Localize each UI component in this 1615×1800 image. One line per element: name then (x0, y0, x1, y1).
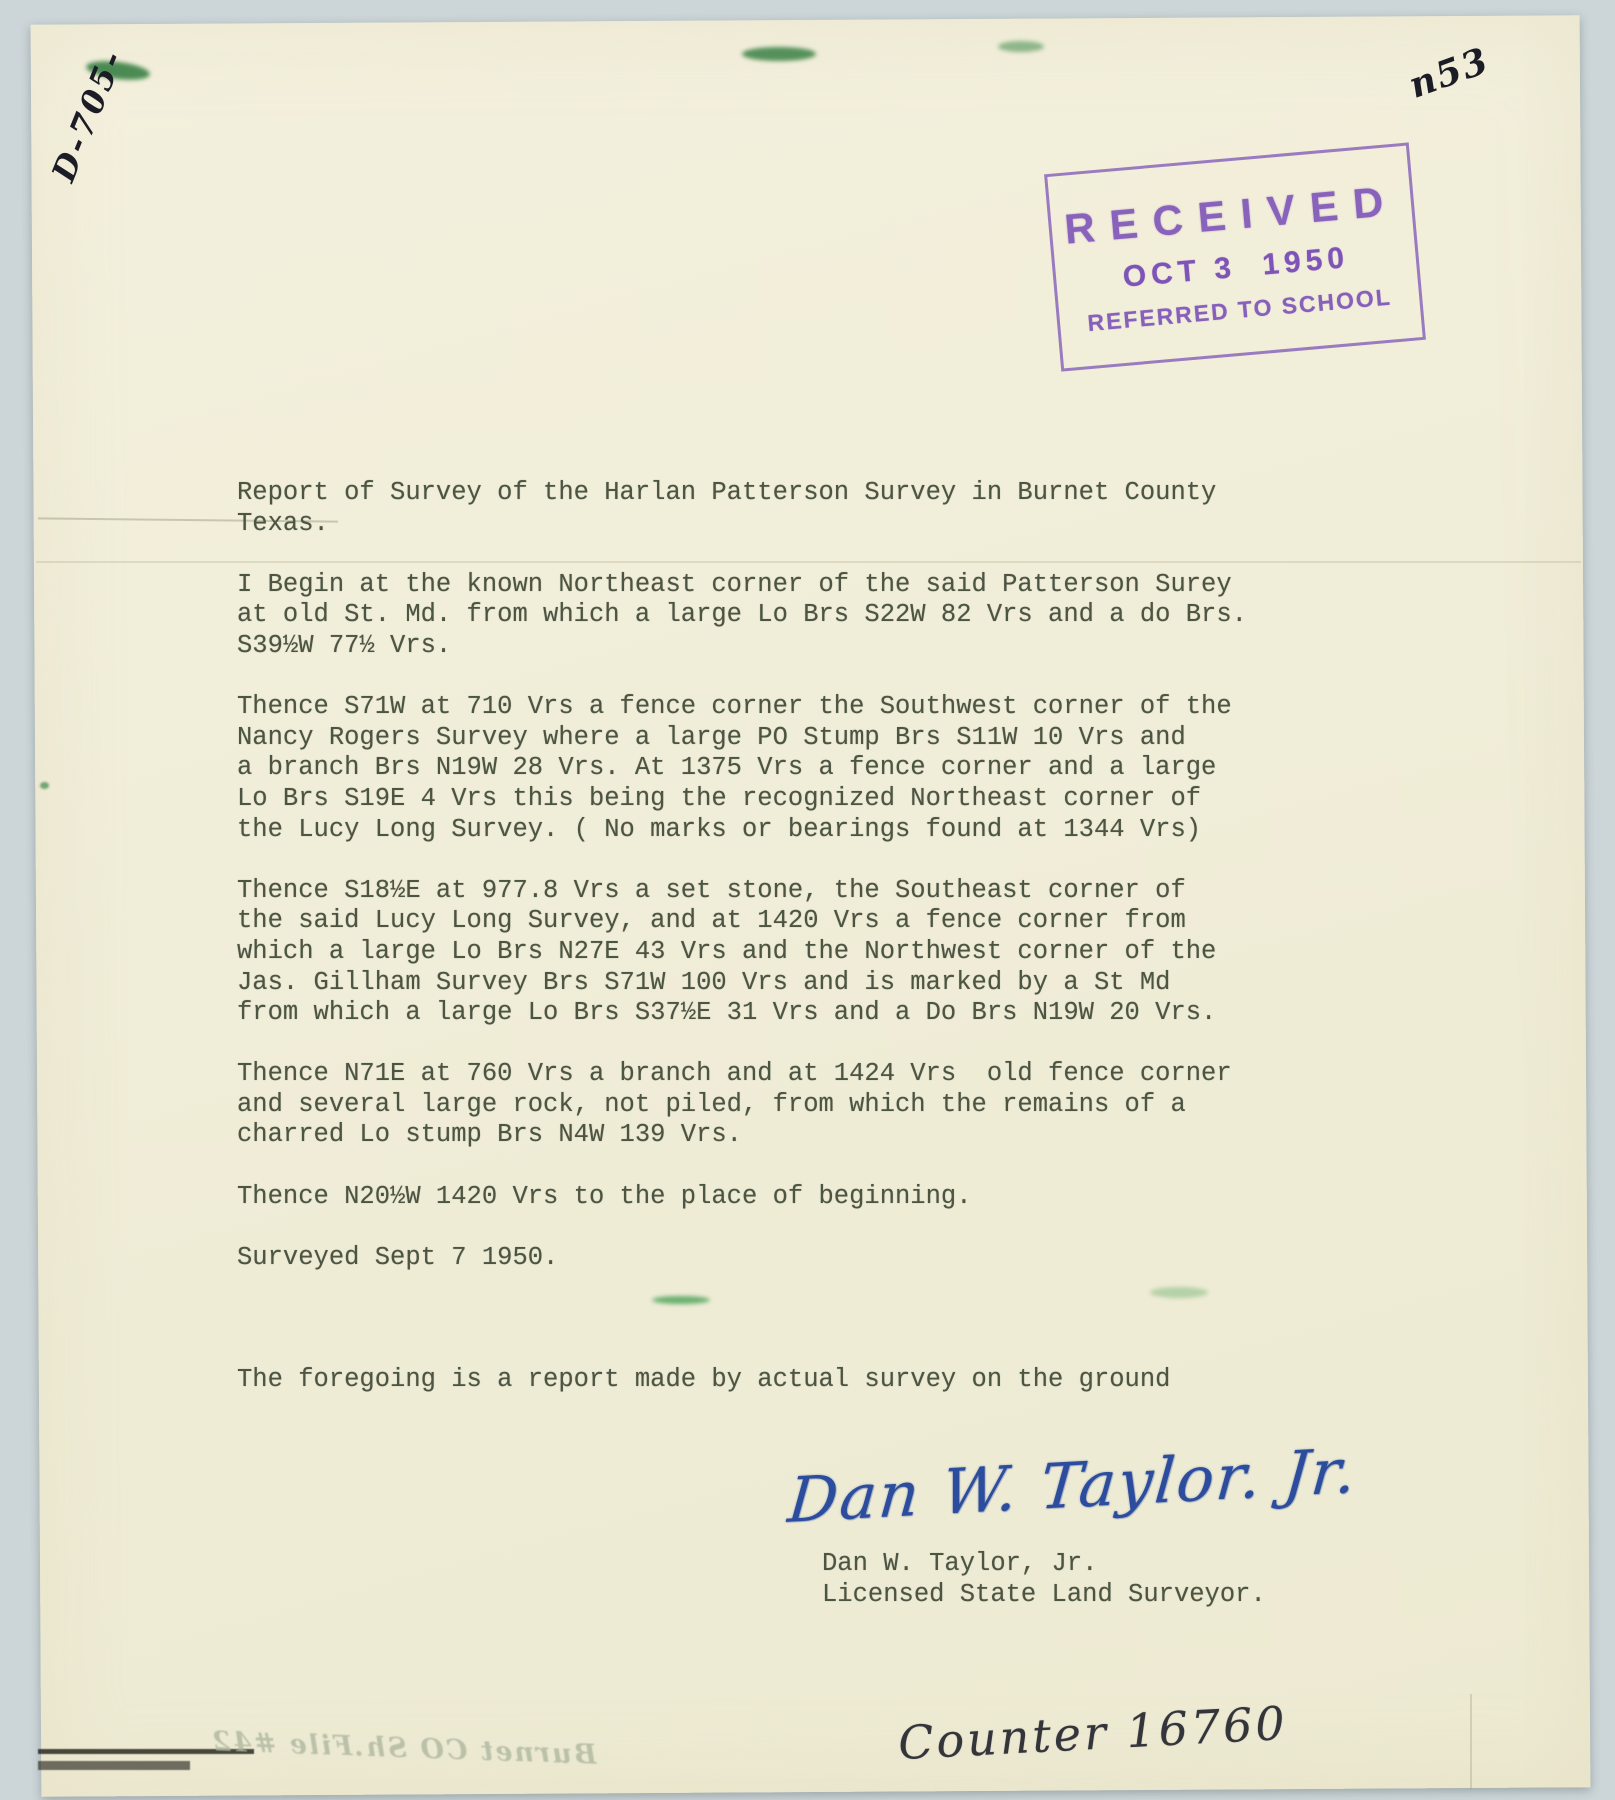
typed-line: Texas. (237, 509, 1357, 540)
typed-line: Nancy Rogers Survey where a large PO Stu… (237, 723, 1357, 754)
typed-line: S39½W 77½ Vrs. (237, 631, 1357, 662)
typed-signature-title: Licensed State Land Surveyor. (822, 1580, 1266, 1609)
stamp-date: OCT 3 1950 (1121, 241, 1350, 295)
ink-smear (38, 1761, 190, 1770)
typed-line (237, 1212, 1357, 1243)
green-ink-smudge (998, 41, 1044, 52)
typed-line: at old St. Md. from which a large Lo Brs… (237, 600, 1357, 631)
typed-line (237, 1335, 1357, 1366)
typed-line: Report of Survey of the Harlan Patterson… (237, 478, 1357, 509)
received-stamp: RECEIVED OCT 3 1950 REFERRED TO SCHOOL (1044, 142, 1426, 371)
typed-line (237, 1029, 1357, 1060)
typed-line: Lo Brs S19E 4 Vrs this being the recogni… (237, 784, 1357, 815)
typed-line (237, 1151, 1357, 1182)
typed-line (237, 1273, 1357, 1304)
typed-line: from which a large Lo Brs S37½E 31 Vrs a… (237, 998, 1357, 1029)
typed-line: and several large rock, not piled, from … (237, 1090, 1357, 1121)
typed-line: the Lucy Long Survey. ( No marks or bear… (237, 815, 1357, 846)
green-ink-smudge (40, 782, 49, 789)
typed-line: which a large Lo Brs N27E 43 Vrs and the… (237, 937, 1357, 968)
typed-line: The foregoing is a report made by actual… (237, 1365, 1357, 1396)
typed-line: charred Lo stump Brs N4W 139 Vrs. (237, 1120, 1357, 1151)
green-ink-smudge (742, 47, 816, 61)
typed-line: the said Lucy Long Survey, and at 1420 V… (237, 906, 1357, 937)
crease-line (1470, 1694, 1472, 1790)
typed-line (237, 1304, 1357, 1335)
typed-line: Thence S71W at 710 Vrs a fence corner th… (237, 692, 1357, 723)
typed-line: Thence N71E at 760 Vrs a branch and at 1… (237, 1059, 1357, 1090)
typed-line (237, 662, 1357, 693)
typed-line: a branch Brs N19W 28 Vrs. At 1375 Vrs a … (237, 753, 1357, 784)
typed-text-block: Report of Survey of the Harlan Patterson… (237, 478, 1357, 1396)
typed-line: Jas. Gillham Survey Brs S71W 100 Vrs and… (237, 968, 1357, 999)
typed-signature-block: Dan W. Taylor, Jr.Licensed State Land Su… (822, 1548, 1266, 1610)
typed-line: I Begin at the known Northeast corner of… (237, 570, 1357, 601)
typed-line: Thence S18½E at 977.8 Vrs a set stone, t… (237, 876, 1357, 907)
typed-line (237, 539, 1357, 570)
typed-line: Thence N20½W 1420 Vrs to the place of be… (237, 1182, 1357, 1213)
typed-signature-name: Dan W. Taylor, Jr. (822, 1549, 1097, 1578)
typed-line (237, 845, 1357, 876)
stamp-received-text: RECEIVED (1062, 176, 1400, 253)
typed-line: Surveyed Sept 7 1950. (237, 1243, 1357, 1274)
